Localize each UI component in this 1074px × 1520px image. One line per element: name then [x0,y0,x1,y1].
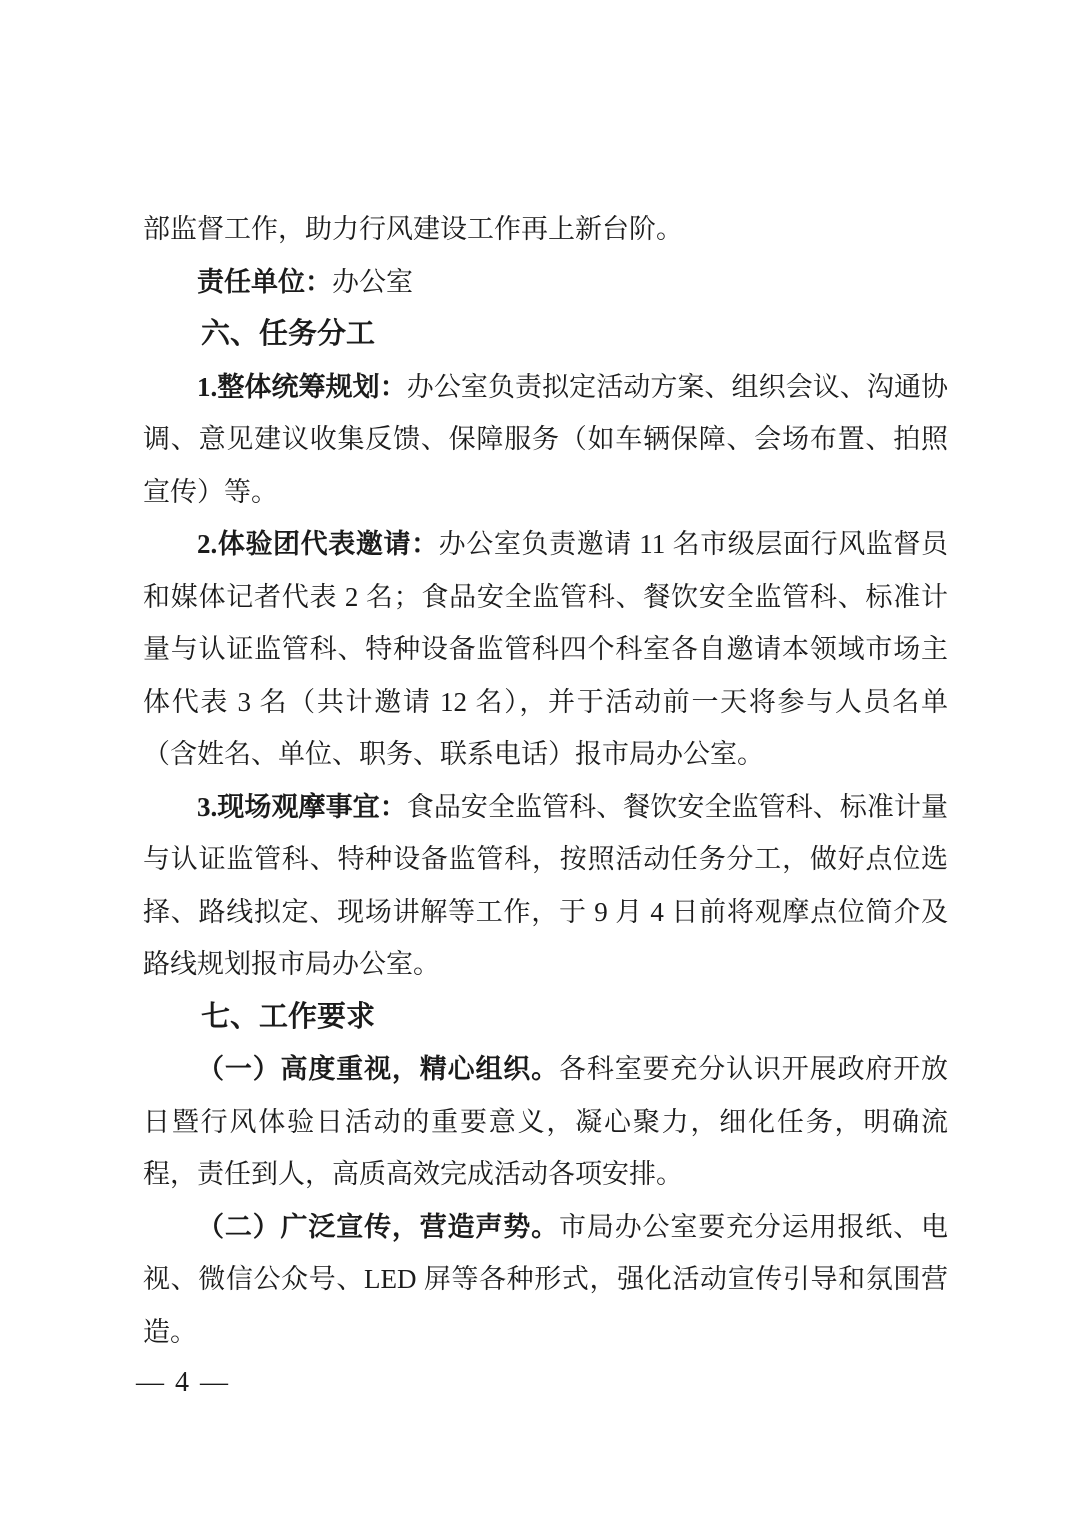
paragraph-text: 办公室负责邀请 11 名市级层面行风监督员和媒体记者代表 2 名；食品安全监管科… [143,529,948,769]
paragraph-bold-label: （二）广泛宣传，营造声势。 [197,1212,559,1242]
paragraph-bold-label: 1.整体统筹规划： [197,372,407,402]
paragraph-bold-label: 2.体验团代表邀请： [197,529,439,559]
section-heading: 六、任务分工 [143,308,948,361]
paragraph: 2.体验团代表邀请：办公室负责邀请 11 名市级层面行风监督员和媒体记者代表 2… [143,518,948,781]
paragraph-bold-label: 责任单位： [197,267,332,297]
paragraph-bold-label: （一）高度重视，精心组织。 [197,1054,559,1084]
paragraph: 部监督工作，助力行风建设工作再上新台阶。 [143,203,948,256]
paragraph-bold-label: 3.现场观摩事宜： [197,792,407,822]
section-heading: 七、工作要求 [143,991,948,1044]
paragraph: 3.现场观摩事宜：食品安全监管科、餐饮安全监管科、标准计量与认证监管科、特种设备… [143,781,948,991]
paragraph: （二）广泛宣传，营造声势。市局办公室要充分运用报纸、电视、微信公众号、LED 屏… [143,1201,948,1359]
document-page: 部监督工作，助力行风建设工作再上新台阶。责任单位：办公室六、任务分工1.整体统筹… [0,0,1074,1520]
heading-text: 七、工作要求 [201,1001,375,1033]
document-body: 部监督工作，助力行风建设工作再上新台阶。责任单位：办公室六、任务分工1.整体统筹… [143,203,948,1358]
paragraph-text: 部监督工作，助力行风建设工作再上新台阶。 [143,214,683,244]
heading-text: 六、任务分工 [201,318,375,350]
paragraph: 责任单位：办公室 [143,256,948,309]
paragraph: 1.整体统筹规划：办公室负责拟定活动方案、组织会议、沟通协调、意见建议收集反馈、… [143,361,948,519]
page-number: — 4 — [136,1366,230,1400]
paragraph-text: 办公室 [332,267,413,297]
paragraph: （一）高度重视，精心组织。各科室要充分认识开展政府开放日暨行风体验日活动的重要意… [143,1043,948,1201]
